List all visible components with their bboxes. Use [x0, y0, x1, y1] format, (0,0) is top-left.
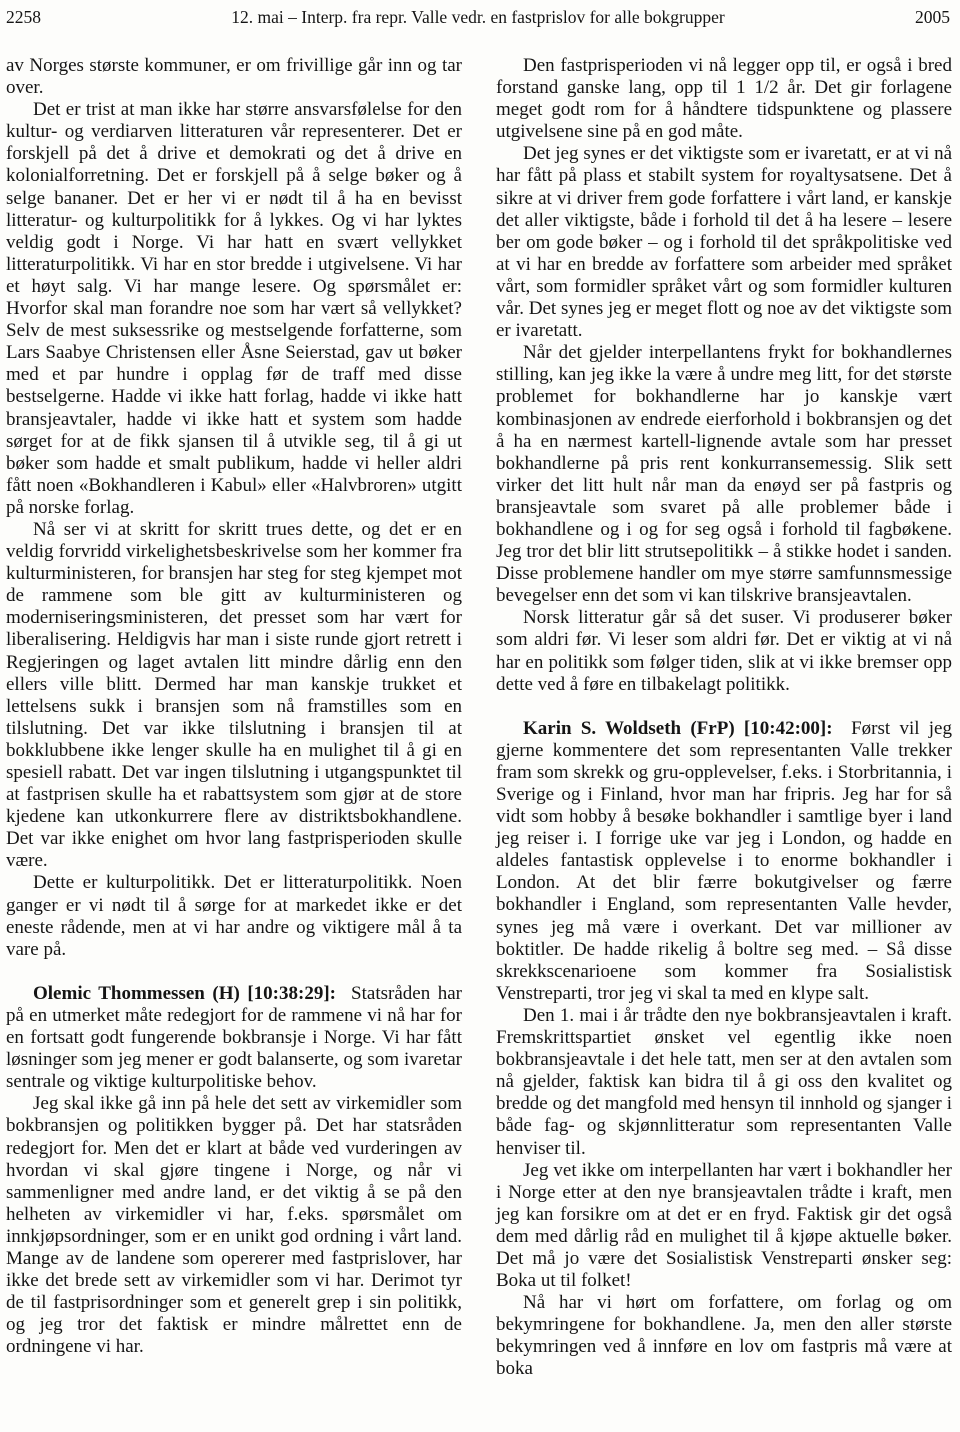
running-title: 12. mai – Interp. fra repr. Valle vedr. …	[126, 7, 830, 28]
right-column: Den fastprisperioden vi nå legger opp ti…	[496, 55, 952, 1381]
paragraph: Nå har vi hørt om forfattere, om forlag …	[496, 1292, 952, 1380]
paragraph: Når det gjelder interpellantens frykt fo…	[496, 342, 952, 607]
document-page: 2258 12. mai – Interp. fra repr. Valle v…	[0, 0, 960, 1432]
page-header: 2258 12. mai – Interp. fra repr. Valle v…	[0, 0, 960, 28]
paragraph: Nå ser vi at skritt for skritt trues det…	[6, 519, 462, 873]
page-number: 2258	[6, 7, 126, 28]
paragraph: Den 1. mai i år trådte den nye bokbransj…	[496, 1005, 952, 1160]
text-columns: av Norges største kommuner, er om frivil…	[0, 55, 960, 1381]
speech-paragraph: Olemic Thommessen (H) [10:38:29]: Statsr…	[6, 983, 462, 1093]
speaker-label: Olemic Thommessen (H) [10:38:29]:	[33, 983, 336, 1004]
left-column: av Norges største kommuner, er om frivil…	[6, 55, 462, 1381]
paragraph: Det er trist at man ikke har større ansv…	[6, 99, 462, 519]
speaker-label: Karin S. Woldseth (FrP) [10:42:00]:	[523, 718, 833, 739]
paragraph: Det jeg synes er det viktigste som er iv…	[496, 143, 952, 342]
paragraph: av Norges største kommuner, er om frivil…	[6, 55, 462, 99]
header-year: 2005	[830, 7, 950, 28]
paragraph: Dette er kulturpolitikk. Det er litterat…	[6, 872, 462, 960]
speech-paragraph: Karin S. Woldseth (FrP) [10:42:00]: Førs…	[496, 718, 952, 1005]
paragraph: Norsk litteratur går så det suser. Vi pr…	[496, 607, 952, 695]
paragraph: Jeg skal ikke gå inn på hele det sett av…	[6, 1093, 462, 1358]
paragraph: Jeg vet ikke om interpellanten har vært …	[496, 1160, 952, 1293]
paragraph: Den fastprisperioden vi nå legger opp ti…	[496, 55, 952, 143]
